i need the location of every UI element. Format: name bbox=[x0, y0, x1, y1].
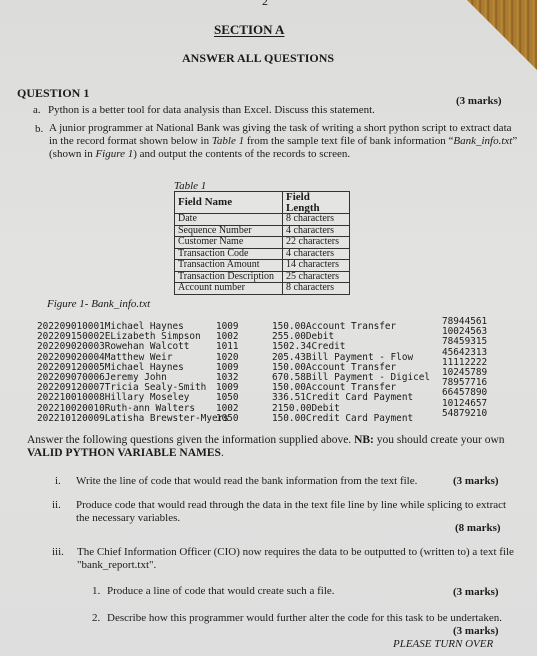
subq-i-text: Write the line of code that would read t… bbox=[76, 475, 417, 487]
part-a-label: a. bbox=[33, 104, 41, 116]
figure-ref: Figure 1 bbox=[95, 148, 133, 160]
field-length-cell: 4 characters bbox=[283, 225, 350, 237]
subsubq-2-label: 2. bbox=[92, 612, 100, 624]
nb-label: NB: bbox=[354, 434, 374, 446]
records-code-column: 1009100210111020100910321009105010021050 bbox=[216, 322, 239, 424]
subq-ii-marks: (8 marks) bbox=[455, 522, 501, 534]
page-footer: PLEASE TURN OVER bbox=[393, 638, 493, 650]
subsubq-1-label: 1. bbox=[92, 585, 100, 597]
field-name-cell: Transaction Amount bbox=[175, 260, 283, 272]
question-title: QUESTION 1 bbox=[17, 86, 89, 101]
field-length-cell: 8 characters bbox=[283, 214, 350, 226]
records-prefix-column: 202209010001Michael Haynes202209150002EL… bbox=[37, 322, 229, 424]
text: from the sample text file of bank inform… bbox=[244, 135, 453, 147]
answer-instructions: Answer the following questions given the… bbox=[27, 434, 507, 460]
instruction-heading: ANSWER ALL QUESTIONS bbox=[182, 51, 334, 66]
text: Answer the following questions given the… bbox=[27, 434, 354, 446]
text: you should create your own bbox=[374, 434, 505, 446]
section-title: SECTION A bbox=[214, 22, 284, 38]
header-field-length: Field Length bbox=[283, 192, 350, 214]
subq-i-marks: (3 marks) bbox=[453, 475, 499, 487]
part-b-line2: in the record format shown below in Tabl… bbox=[49, 135, 517, 147]
header-field-name: Field Name bbox=[175, 192, 283, 214]
table-row: Transaction Code4 characters bbox=[175, 248, 350, 260]
table-row: Transaction Description25 characters bbox=[175, 271, 350, 283]
table-ref: Table 1 bbox=[212, 135, 244, 147]
field-length-cell: 14 characters bbox=[283, 260, 350, 272]
subq-ii-line2: the necessary variables. bbox=[76, 512, 180, 524]
records-amount-column: 150.00Account Transfer255.00Debit1502.34… bbox=[272, 322, 430, 424]
subq-iii-line2: "bank_report.txt". bbox=[77, 559, 156, 571]
field-name-cell: Sequence Number bbox=[175, 225, 283, 237]
field-name-cell: Customer Name bbox=[175, 237, 283, 249]
subsubq-1-marks: (3 marks) bbox=[453, 586, 499, 598]
subq-iii-label: iii. bbox=[52, 546, 64, 558]
file-name: Bank_info.txt bbox=[453, 135, 512, 147]
part-a-marks: (3 marks) bbox=[456, 95, 502, 107]
table-row: Transaction Amount14 characters bbox=[175, 260, 350, 272]
part-b-line3: (shown in Figure 1) and output the conte… bbox=[49, 148, 350, 160]
field-table: Field Name Field Length Date8 characters… bbox=[174, 191, 350, 295]
field-name-cell: Date bbox=[175, 214, 283, 226]
text: . bbox=[221, 447, 224, 459]
part-b-label: b. bbox=[35, 123, 43, 135]
field-length-cell: 25 characters bbox=[283, 271, 350, 283]
subq-ii-label: ii. bbox=[52, 499, 61, 511]
field-length-cell: 8 characters bbox=[283, 283, 350, 295]
record-prefix: 202210120009Latisha Brewster-Myers bbox=[37, 414, 229, 424]
table-header-row: Field Name Field Length bbox=[175, 192, 350, 214]
part-b-line1: A junior programmer at National Bank was… bbox=[49, 122, 512, 134]
subq-iii-line1: The Chief Information Officer (CIO) now … bbox=[77, 546, 514, 558]
field-name-cell: Account number bbox=[175, 283, 283, 295]
field-name-cell: Transaction Code bbox=[175, 248, 283, 260]
table-row: Customer Name22 characters bbox=[175, 237, 350, 249]
subq-ii-line1: Produce code that would read through the… bbox=[76, 499, 506, 511]
page-number: 2 bbox=[262, 0, 268, 9]
record-amount-description: 150.00Credit Card Payment bbox=[272, 414, 430, 424]
records-account-column: 7894456110024563784593154564231311112222… bbox=[442, 317, 487, 419]
text: in the record format shown below in bbox=[49, 135, 212, 147]
record-code: 1050 bbox=[216, 414, 239, 424]
text: (shown in bbox=[49, 148, 95, 160]
subsubq-1-text: Produce a line of code that would create… bbox=[107, 585, 335, 597]
text: ) and output the contents of the records… bbox=[133, 148, 350, 160]
record-account: 54879210 bbox=[442, 409, 487, 419]
table-row: Account number8 characters bbox=[175, 283, 350, 295]
field-length-cell: 4 characters bbox=[283, 248, 350, 260]
emphasis: VALID PYTHON VARIABLE NAMES bbox=[27, 447, 221, 459]
part-a-text: Python is a better tool for data analysi… bbox=[48, 104, 375, 116]
figure-caption: Figure 1- Bank_info.txt bbox=[47, 298, 150, 310]
table-row: Date8 characters bbox=[175, 214, 350, 226]
subsubq-2-text: Describe how this programmer would furth… bbox=[107, 612, 502, 624]
field-length-cell: 22 characters bbox=[283, 237, 350, 249]
subq-i-label: i. bbox=[55, 475, 61, 487]
field-name-cell: Transaction Description bbox=[175, 271, 283, 283]
text: ” bbox=[512, 135, 517, 147]
subsubq-2-marks: (3 marks) bbox=[453, 625, 499, 637]
table-row: Sequence Number4 characters bbox=[175, 225, 350, 237]
